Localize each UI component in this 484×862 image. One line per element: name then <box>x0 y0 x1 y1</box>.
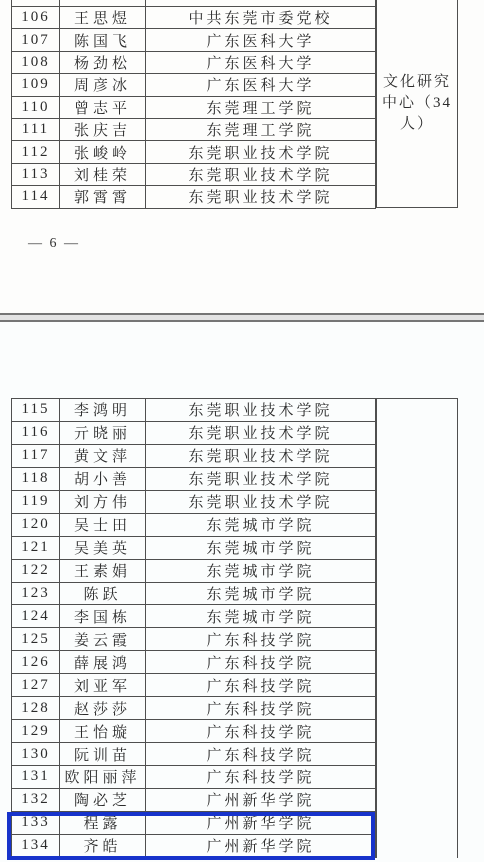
cell-name: 程露 <box>60 811 146 834</box>
cell-name: 吴美英 <box>60 536 146 559</box>
cell-name: 周彦冰 <box>60 74 146 96</box>
cell-no: 124 <box>12 605 60 628</box>
cell-inst: 广东科技学院 <box>146 720 376 743</box>
cell-name: 赵莎莎 <box>60 697 146 720</box>
table-row: 124李国栋东莞城市学院 <box>12 605 376 628</box>
cell-inst: 东莞城市学院 <box>146 582 376 605</box>
page-6: 106王思煜中共东莞市委党校107陈国飞广东医科大学108杨劲松广东医科大学10… <box>0 0 484 313</box>
cell-no: 123 <box>12 582 60 605</box>
table-body: 115李鸿明东莞职业技术学院116亓晓丽东莞职业技术学院117黄文萍东莞职业技术… <box>12 399 376 858</box>
table-row: 110曾志平东莞理工学院 <box>12 96 376 118</box>
pdf-viewport: 106王思煜中共东莞市委党校107陈国飞广东医科大学108杨劲松广东医科大学10… <box>0 0 484 862</box>
cell-name: 陈国飞 <box>60 29 146 51</box>
roster-table: 106王思煜中共东莞市委党校107陈国飞广东医科大学108杨劲松广东医科大学10… <box>11 0 376 209</box>
cell-inst: 广东科技学院 <box>146 697 376 720</box>
cell-inst: 广东医科大学 <box>146 74 376 96</box>
cell-inst: 中共东莞市委党校 <box>146 7 376 29</box>
cell-no: 132 <box>12 788 60 811</box>
cell-no: 129 <box>12 720 60 743</box>
table-row: 115李鸿明东莞职业技术学院 <box>12 399 376 422</box>
cell-no: 133 <box>12 811 60 834</box>
cell-no: 128 <box>12 697 60 720</box>
cell-inst: 东莞职业技术学院 <box>146 163 376 185</box>
table-row: 123陈跃东莞城市学院 <box>12 582 376 605</box>
table-row: 118胡小善东莞职业技术学院 <box>12 467 376 490</box>
cell-no: 127 <box>12 674 60 697</box>
cell-no: 109 <box>12 74 60 96</box>
table-row: 117黄文萍东莞职业技术学院 <box>12 444 376 467</box>
table-row: 106王思煜中共东莞市委党校 <box>12 7 376 29</box>
cell-no: 115 <box>12 399 60 422</box>
cell-no: 119 <box>12 490 60 513</box>
cell-inst: 东莞职业技术学院 <box>146 421 376 444</box>
page-7: 115李鸿明东莞职业技术学院116亓晓丽东莞职业技术学院117黄文萍东莞职业技术… <box>0 322 484 862</box>
cell-inst: 广东医科大学 <box>146 51 376 73</box>
cell-inst: 东莞职业技术学院 <box>146 186 376 208</box>
cell-name: 薛展鸿 <box>60 651 146 674</box>
cell-name: 李国栋 <box>60 605 146 628</box>
table-row: 130阮训苗广东科技学院 <box>12 743 376 766</box>
cell-no: 108 <box>12 51 60 73</box>
cell-inst: 广东医科大学 <box>146 29 376 51</box>
cell-name: 刘亚军 <box>60 674 146 697</box>
cell-no: 125 <box>12 628 60 651</box>
cell-name: 王思煜 <box>60 7 146 29</box>
roster-table-page6: 106王思煜中共东莞市委党校107陈国飞广东医科大学108杨劲松广东医科大学10… <box>11 0 458 208</box>
cell-name: 曾志平 <box>60 96 146 118</box>
cell-inst: 东莞理工学院 <box>146 96 376 118</box>
cell-name: 郭霄霄 <box>60 186 146 208</box>
table-row: 129王怡璇广东科技学院 <box>12 720 376 743</box>
cell-name: 姜云霞 <box>60 628 146 651</box>
page-gap <box>0 313 484 322</box>
roster-table: 115李鸿明东莞职业技术学院116亓晓丽东莞职业技术学院117黄文萍东莞职业技术… <box>11 398 376 858</box>
cell-name: 阮训苗 <box>60 743 146 766</box>
cell-name: 亓晓丽 <box>60 421 146 444</box>
table-row: 127刘亚军广东科技学院 <box>12 674 376 697</box>
cell-inst: 广州新华学院 <box>146 811 376 834</box>
table-row: 120吴士田东莞城市学院 <box>12 513 376 536</box>
cell-no: 120 <box>12 513 60 536</box>
cell-no: 130 <box>12 743 60 766</box>
table-row: 114郭霄霄东莞职业技术学院 <box>12 186 376 208</box>
cell-inst: 东莞城市学院 <box>146 605 376 628</box>
page-number: — 6 — <box>28 236 80 252</box>
table-body: 106王思煜中共东莞市委党校107陈国飞广东医科大学108杨劲松广东医科大学10… <box>12 0 376 208</box>
cell-no: 112 <box>12 141 60 163</box>
roster-table-page7: 115李鸿明东莞职业技术学院116亓晓丽东莞职业技术学院117黄文萍东莞职业技术… <box>11 398 458 858</box>
cell-inst: 广东科技学院 <box>146 628 376 651</box>
cell-no: 118 <box>12 467 60 490</box>
cell-inst: 东莞职业技术学院 <box>146 467 376 490</box>
cell-no: 126 <box>12 651 60 674</box>
cell-inst: 广东科技学院 <box>146 743 376 766</box>
cell-no: 110 <box>12 96 60 118</box>
cell-name: 王素娟 <box>60 559 146 582</box>
cell-inst: 广东科技学院 <box>146 766 376 789</box>
table-row: 131欧阳丽萍广东科技学院 <box>12 766 376 789</box>
cell-name: 刘桂荣 <box>60 163 146 185</box>
cell-inst: 广东科技学院 <box>146 674 376 697</box>
cell-inst: 东莞城市学院 <box>146 559 376 582</box>
cell-inst: 东莞城市学院 <box>146 536 376 559</box>
table-row: 121吴美英东莞城市学院 <box>12 536 376 559</box>
cell-name: 王怡璇 <box>60 720 146 743</box>
table-row: 108杨劲松广东医科大学 <box>12 51 376 73</box>
table-row: 134齐皓广州新华学院 <box>12 834 376 857</box>
cell-no: 113 <box>12 163 60 185</box>
cell-name: 张峻岭 <box>60 141 146 163</box>
table-row: 107陈国飞广东医科大学 <box>12 29 376 51</box>
cell-inst: 广州新华学院 <box>146 788 376 811</box>
group-cell: 文化研究中心（34人） <box>376 0 458 208</box>
cell-inst: 东莞职业技术学院 <box>146 490 376 513</box>
cell-name: 吴士田 <box>60 513 146 536</box>
cell-no: 134 <box>12 834 60 857</box>
cell-name: 张庆吉 <box>60 118 146 140</box>
cell-name: 杨劲松 <box>60 51 146 73</box>
cell-name: 刘方伟 <box>60 490 146 513</box>
cell-no: 121 <box>12 536 60 559</box>
cell-name: 黄文萍 <box>60 444 146 467</box>
cell-no: 106 <box>12 7 60 29</box>
cell-inst: 东莞理工学院 <box>146 118 376 140</box>
cell-name: 李鸿明 <box>60 399 146 422</box>
table-row: 128赵莎莎广东科技学院 <box>12 697 376 720</box>
cell-inst: 东莞职业技术学院 <box>146 141 376 163</box>
cell-name: 欧阳丽萍 <box>60 766 146 789</box>
group-cell <box>376 398 458 858</box>
table-row: 116亓晓丽东莞职业技术学院 <box>12 421 376 444</box>
cell-no: 114 <box>12 186 60 208</box>
cell-inst: 东莞职业技术学院 <box>146 444 376 467</box>
table-row: 132陶必芝广州新华学院 <box>12 788 376 811</box>
cell-inst: 广东科技学院 <box>146 651 376 674</box>
cell-name: 齐皓 <box>60 834 146 857</box>
table-row: 111张庆吉东莞理工学院 <box>12 118 376 140</box>
cell-no: 107 <box>12 29 60 51</box>
table-row: 126薛展鸿广东科技学院 <box>12 651 376 674</box>
group-label: 文化研究中心（34人） <box>379 72 455 135</box>
cell-no: 117 <box>12 444 60 467</box>
table-row: 112张峻岭东莞职业技术学院 <box>12 141 376 163</box>
cell-no: 116 <box>12 421 60 444</box>
table-row: 113刘桂荣东莞职业技术学院 <box>12 163 376 185</box>
table-row: 109周彦冰广东医科大学 <box>12 74 376 96</box>
cell-name: 陶必芝 <box>60 788 146 811</box>
table-row: 119刘方伟东莞职业技术学院 <box>12 490 376 513</box>
cell-no: 131 <box>12 766 60 789</box>
cell-inst: 东莞职业技术学院 <box>146 399 376 422</box>
cell-name: 陈跃 <box>60 582 146 605</box>
table-row: 125姜云霞广东科技学院 <box>12 628 376 651</box>
table-row: 133程露广州新华学院 <box>12 811 376 834</box>
cell-name: 胡小善 <box>60 467 146 490</box>
cell-inst: 广州新华学院 <box>146 834 376 857</box>
cell-inst: 东莞城市学院 <box>146 513 376 536</box>
cell-no: 111 <box>12 118 60 140</box>
table-row: 122王素娟东莞城市学院 <box>12 559 376 582</box>
cell-no: 122 <box>12 559 60 582</box>
